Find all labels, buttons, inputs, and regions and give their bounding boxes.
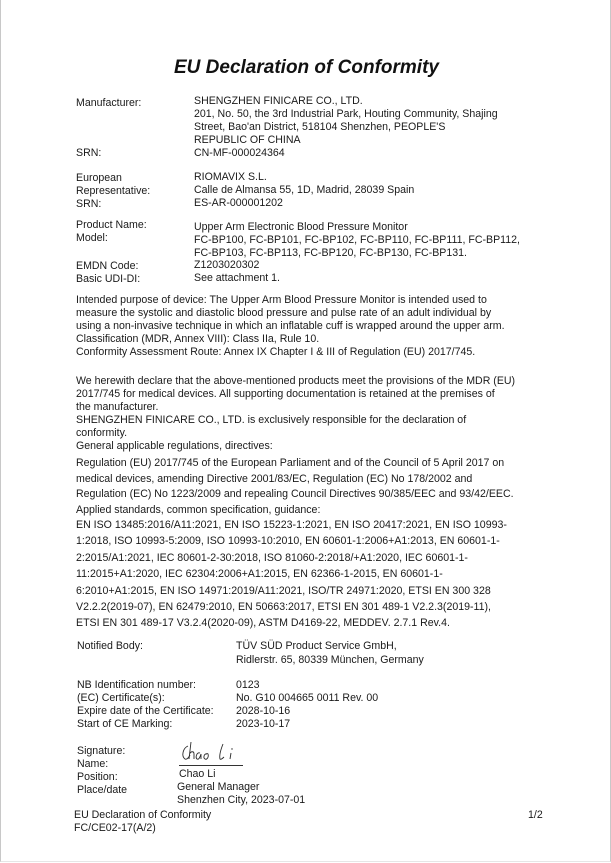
- manufacturer-label: Manufacturer:: [76, 97, 141, 110]
- paragraph-line: SHENGZHEN FINICARE CO., LTD. is exclusiv…: [76, 414, 515, 427]
- intended-purpose: Intended purpose of device: The Upper Ar…: [76, 294, 505, 359]
- conformity-route-line: Conformity Assessment Route: Annex IX Ch…: [76, 346, 505, 359]
- manufacturer-address-line: REPUBLIC OF CHINA: [194, 134, 301, 147]
- eu-rep-label: Representative:: [76, 185, 150, 198]
- standards-list: EN ISO 13485:2016/A11:2021, EN ISO 15223…: [76, 517, 507, 632]
- manufacturer-address-line: Street, Bao'an District, 518104 Shenzhen…: [194, 121, 445, 134]
- place-date-label: Place/date: [77, 784, 127, 797]
- eu-rep-label: European: [76, 172, 122, 185]
- model-label: Model:: [76, 232, 108, 245]
- paragraph-line: Regulation (EC) No 1223/2009 and repeali…: [76, 487, 514, 503]
- ce-marking-label: Start of CE Marking:: [77, 718, 172, 731]
- emdn-label: EMDN Code:: [76, 260, 138, 273]
- emdn-code: Z1203020302: [194, 259, 259, 272]
- paragraph-line: the manufacturer.: [76, 401, 515, 414]
- paragraph-line: using a non-invasive technique in which …: [76, 320, 505, 333]
- declaration-text: We herewith declare that the above-menti…: [76, 375, 515, 453]
- paragraph-line: V2.2.2(2019-07), EN 62479:2010, EN 50663…: [76, 599, 507, 615]
- paragraph-line: We herewith declare that the above-menti…: [76, 375, 515, 388]
- nb-id-label: NB Identification number:: [77, 679, 196, 692]
- signature-underline: [179, 765, 243, 766]
- expire-date-value: 2028-10-16: [236, 705, 290, 718]
- manufacturer-srn: CN-MF-000024364: [194, 147, 285, 160]
- product-name: Upper Arm Electronic Blood Pressure Moni…: [194, 221, 408, 234]
- paragraph-line: Regulation (EU) 2017/745 of the European…: [76, 456, 514, 472]
- eu-rep-address: Calle de Almansa 55, 1D, Madrid, 28039 S…: [194, 184, 414, 197]
- manufacturer-name: SHENGZHEN FINICARE CO., LTD.: [194, 95, 363, 108]
- paragraph-line: General applicable regulations, directiv…: [76, 440, 515, 453]
- signatory-name: Chao Li: [179, 768, 216, 781]
- paragraph-line: ETSI EN 301 489-17 V3.2.4(2020-09), ASTM…: [76, 615, 507, 631]
- document-page: EU Declaration of Conformity Manufacture…: [0, 0, 611, 862]
- paragraph-line: measure the systolic and diastolic blood…: [76, 307, 505, 320]
- udi-value: See attachment 1.: [194, 272, 280, 285]
- notified-body-name: TÜV SÜD Product Service GmbH,: [236, 640, 397, 653]
- paragraph-line: 2:2015/A1:2021, IEC 80601-2-30:2018, ISO…: [76, 550, 507, 566]
- position-label: Position:: [77, 771, 118, 784]
- paragraph-line: EN ISO 13485:2016/A11:2021, EN ISO 15223…: [76, 517, 507, 533]
- eu-rep-srn-label: SRN:: [76, 198, 101, 211]
- manufacturer-srn-label: SRN:: [76, 147, 101, 160]
- ce-marking-value: 2023-10-17: [236, 718, 290, 731]
- footer-doc-title: EU Declaration of Conformity: [74, 809, 211, 822]
- paragraph-line: medical devices, amending Directive 2001…: [76, 472, 514, 488]
- regulations-text: Regulation (EU) 2017/745 of the European…: [76, 456, 514, 518]
- nb-id-value: 0123: [236, 679, 260, 692]
- model-list-line: FC-BP103, FC-BP113, FC-BP120, FC-BP130, …: [194, 247, 467, 260]
- paragraph-line: conformity.: [76, 427, 515, 440]
- model-list-line: FC-BP100, FC-BP101, FC-BP102, FC-BP110, …: [194, 234, 520, 247]
- handwritten-signature: [179, 740, 243, 764]
- paragraph-line: 6:2010+A1:2015, EN ISO 14971:2019/A11:20…: [76, 583, 507, 599]
- paragraph-line: 11:2015+A1:2020, IEC 62304:2006+A1:2015,…: [76, 566, 507, 582]
- signatory-position: General Manager: [177, 781, 259, 794]
- udi-label: Basic UDI-DI:: [76, 273, 140, 286]
- product-name-label: Product Name:: [76, 219, 147, 232]
- eu-rep-name: RIOMAVIX S.L.: [194, 171, 267, 184]
- manufacturer-address-line: 201, No. 50, the 3rd Industrial Park, Ho…: [194, 108, 498, 121]
- name-label: Name:: [77, 758, 108, 771]
- signatory-place-date: Shenzhen City, 2023-07-01: [177, 794, 305, 807]
- classification-line: Classification (MDR, Annex VIII): Class …: [76, 333, 505, 346]
- certificate-value: No. G10 004665 0011 Rev. 00: [236, 692, 378, 705]
- certificate-label: (EC) Certificate(s):: [77, 692, 165, 705]
- signature-label: Signature:: [77, 745, 125, 758]
- page-number: 1/2: [528, 809, 543, 822]
- paragraph-line: Intended purpose of device: The Upper Ar…: [76, 294, 505, 307]
- paragraph-line: 1:2018, ISO 10993-5:2009, ISO 10993-10:2…: [76, 533, 507, 549]
- footer-doc-code: FC/CE02-17(A/2): [74, 822, 156, 835]
- expire-date-label: Expire date of the Certificate:: [77, 705, 214, 718]
- document-title: EU Declaration of Conformity: [1, 57, 611, 79]
- notified-body-address: Ridlerstr. 65, 80339 München, Germany: [236, 654, 424, 667]
- notified-body-label: Notified Body:: [77, 640, 143, 653]
- paragraph-line: 2017/745 for medical devices. All suppor…: [76, 388, 515, 401]
- eu-rep-srn: ES-AR-000001202: [194, 197, 283, 210]
